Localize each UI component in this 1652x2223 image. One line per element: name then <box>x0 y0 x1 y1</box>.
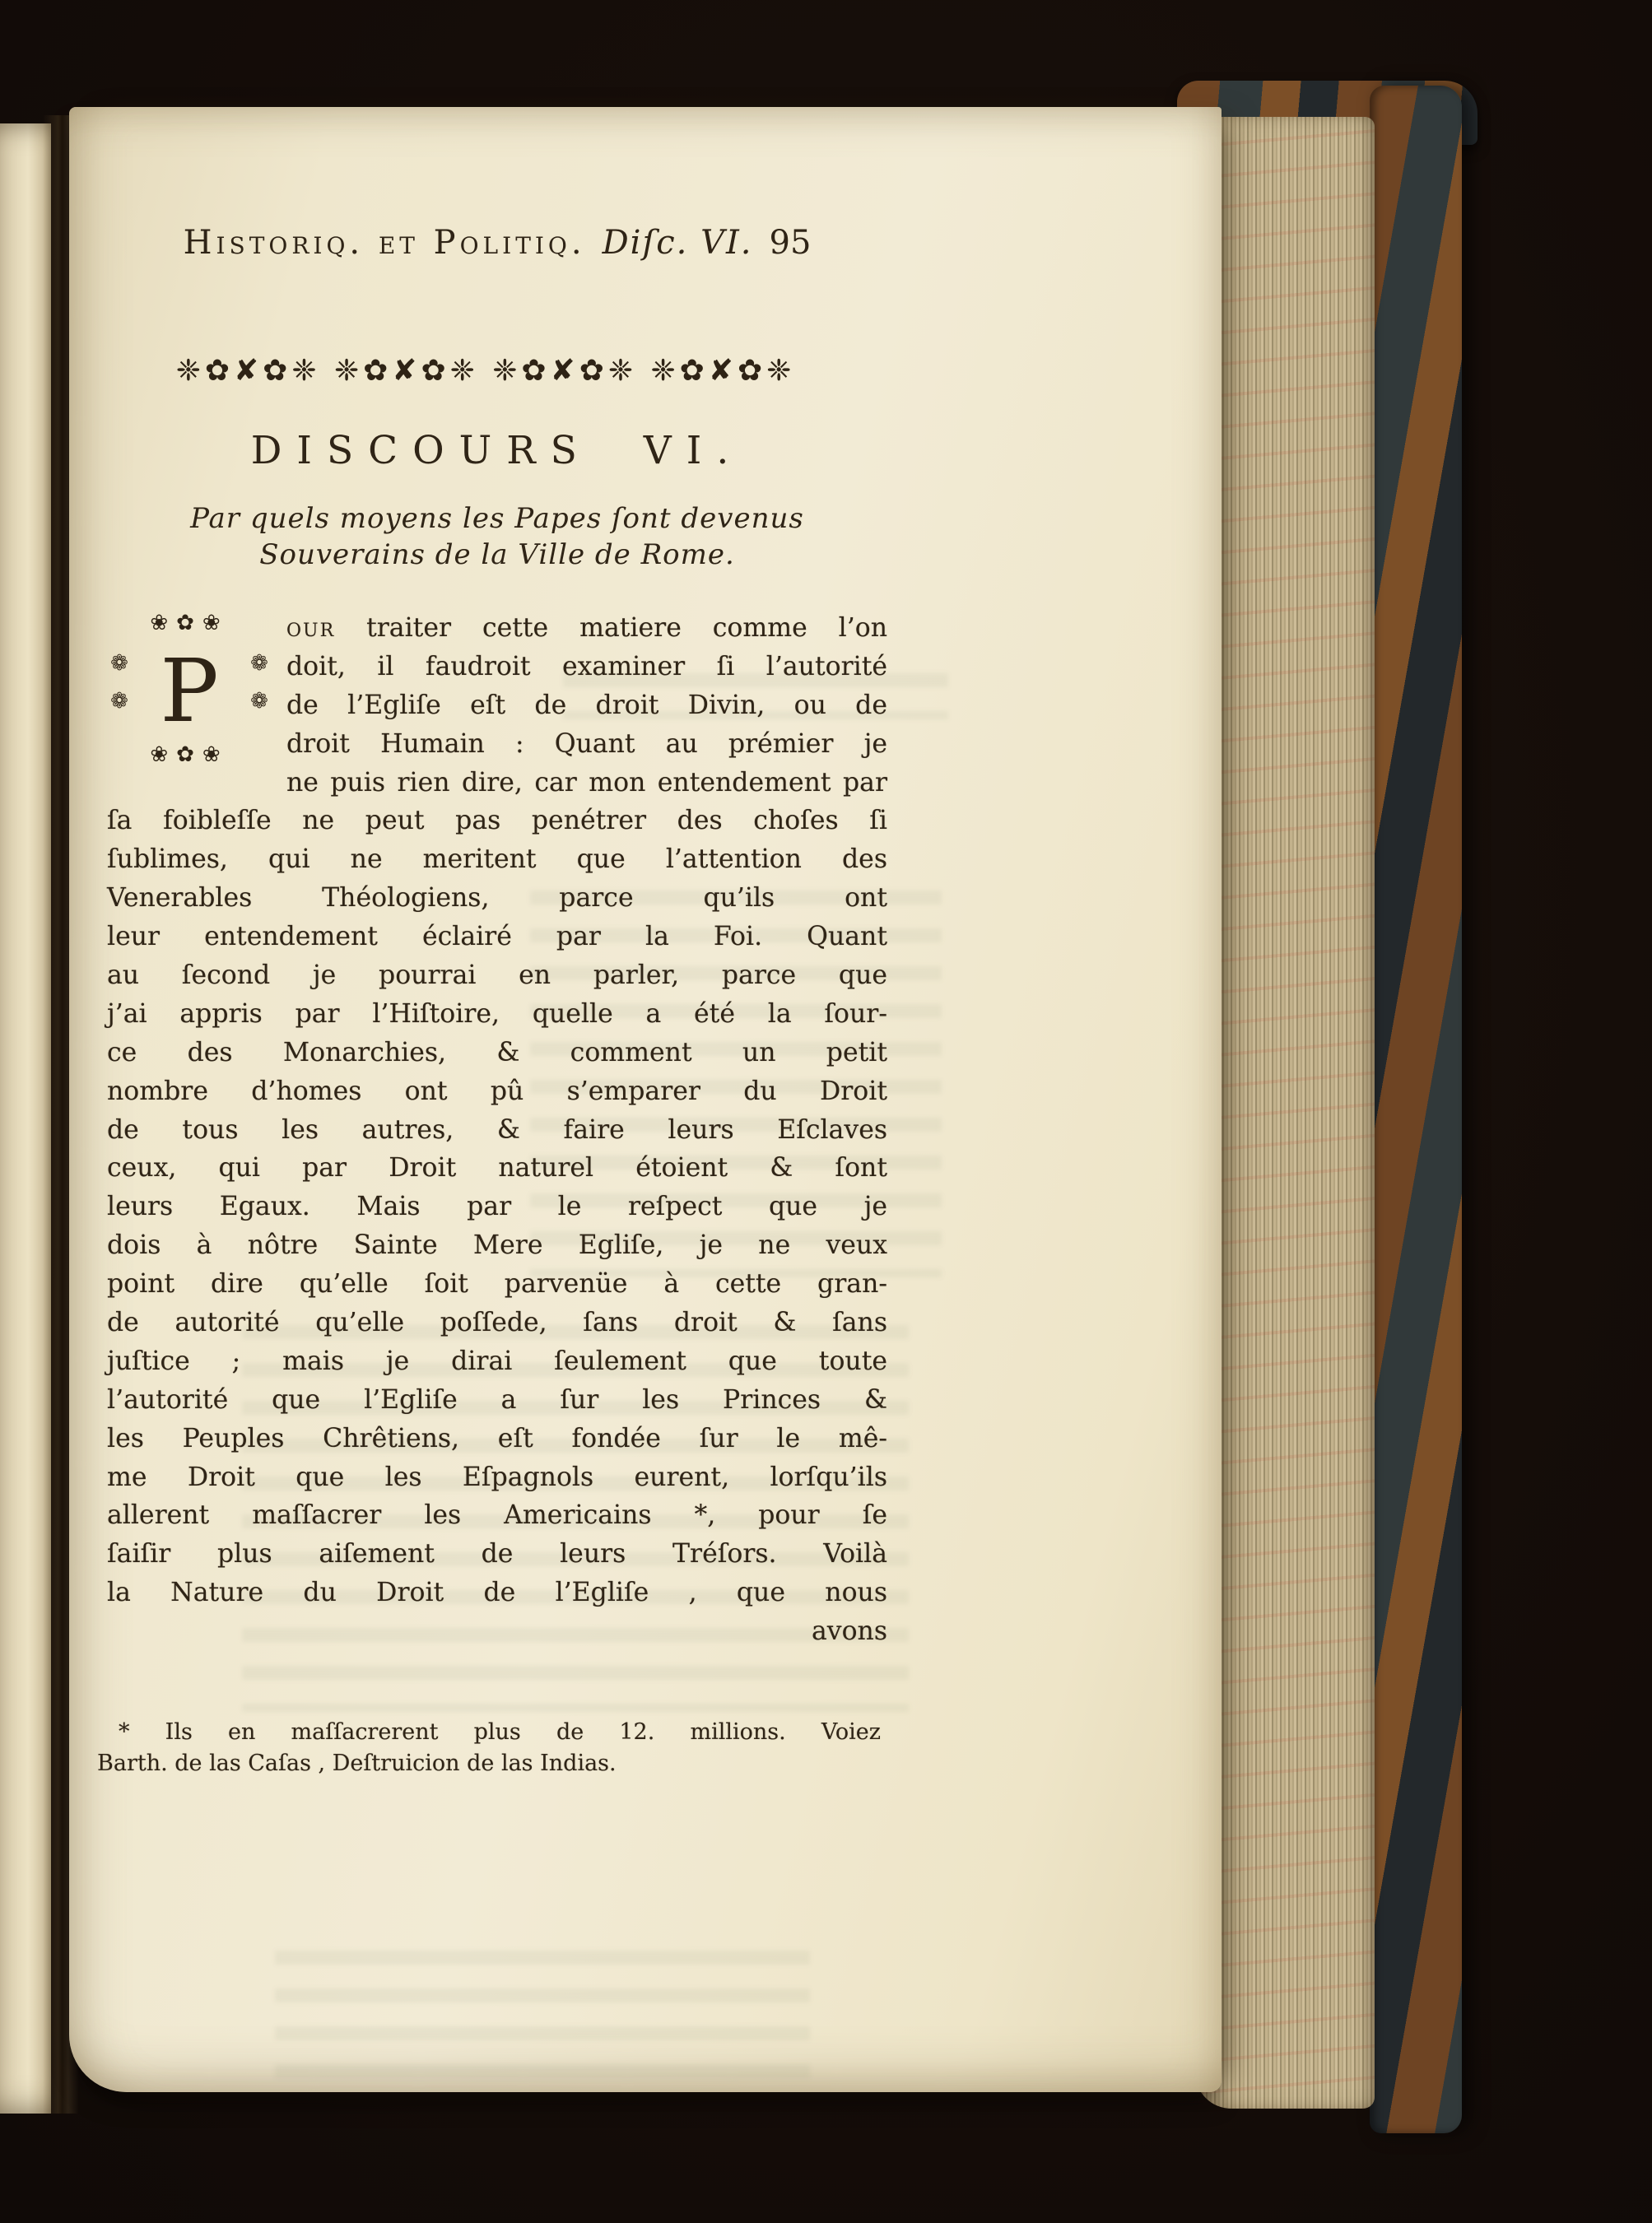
body-line-text: traiter cette matiere comme l’on <box>366 613 887 643</box>
body-line: me Droit que les Eſpagnols eurent, lorſq… <box>107 1458 887 1497</box>
body-line: les Peuples Chrêtiens, eſt fondée ſur le… <box>107 1420 887 1458</box>
page-fore-edge <box>1195 117 1375 2109</box>
body-line: leur entendement éclairé par la Foi. Qua… <box>107 918 887 956</box>
book-photo: Historiq. et Politiq. Diſc. VI. 95 ❈✿✘✿❈… <box>0 0 1652 2223</box>
body-line: la Nature du Droit de l’Egliſe , que nou… <box>107 1574 887 1612</box>
body-line: ceux, qui par Droit naturel étoient & ſo… <box>107 1149 887 1188</box>
page-number: 95 <box>770 224 812 262</box>
drop-cap-frame-ornament: ❁❁ <box>249 651 270 727</box>
body-line: ſa foibleſſe ne peut pas penétrer des ch… <box>107 802 887 840</box>
body-line: de tous les autres, & faire leurs Eſclav… <box>107 1111 887 1150</box>
body-line: point dire qu’elle ſoit parvenüe à cette… <box>107 1265 887 1304</box>
book-cover-edge <box>1370 86 1462 2133</box>
body-line: juſtice ; mais je dirai ſeulement que to… <box>107 1342 887 1381</box>
section-label: Diſc. VI. <box>603 224 753 262</box>
footnote: * Ils en maſſacrerent plus de 12. millio… <box>97 1717 881 1779</box>
footnote-line: Barth. de las Caſas , Deſtruicion de las… <box>97 1748 881 1779</box>
body-line: ne puis rien dire, car mon entendement p… <box>107 764 887 802</box>
body-line: dois à nôtre Sainte Mere Egliſe, je ne v… <box>107 1226 887 1265</box>
body-line: allerent maſſacrer les Americains *, pou… <box>107 1496 887 1535</box>
catchword: avons <box>107 1612 887 1651</box>
body-line: leurs Egaux. Mais par le reſpect que je <box>107 1188 887 1226</box>
footnote-line: * Ils en maſſacrerent plus de 12. millio… <box>97 1717 881 1748</box>
chapter-subtitle-line: Par quels moyens les Papes ſont devenus <box>107 500 887 537</box>
drop-cap: ❀✿❀ ❁❁ P ❁❁ ❀✿❀ <box>107 612 272 765</box>
verso-bleed-through <box>275 1951 810 2090</box>
body-line: au ſecond je pourrai en parler, parce qu… <box>107 956 887 995</box>
body-line: Venerables Théologiens, parce qu’ils ont <box>107 879 887 918</box>
body-line: ſaiſir plus aiſement de leurs Tréſors. V… <box>107 1535 887 1574</box>
chapter-subtitle: Par quels moyens les Papes ſont devenus … <box>107 500 887 573</box>
body-line: de autorité qu’elle poſſede, ſans droit … <box>107 1304 887 1342</box>
chapter-subtitle-line: Souverains de la Ville de Rome. <box>107 537 887 573</box>
body-line: l’autorité que l’Egliſe a ſur les Prince… <box>107 1381 887 1420</box>
chapter-title: DISCOURS VI. <box>107 428 887 473</box>
body-text: ❀✿❀ ❁❁ P ❁❁ ❀✿❀ our traiter cette matier… <box>107 609 887 1651</box>
body-line: j’ai appris par l’Hiſtoire, quelle a été… <box>107 995 887 1034</box>
body-line: nombre d’homes ont pû s’emparer du Droit <box>107 1072 887 1111</box>
body-line: ce des Monarchies, & comment un petit <box>107 1034 887 1072</box>
running-header: Historiq. et Politiq. Diſc. VI. 95 <box>107 224 887 262</box>
drop-cap-frame-ornament: ❀✿❀ <box>107 744 272 765</box>
headpiece-ornament: ❈✿✘✿❈ ❈✿✘✿❈ ❈✿✘✿❈ ❈✿✘✿❈ <box>111 333 860 408</box>
body-line: ſublimes, qui ne meritent que l’attentio… <box>107 840 887 879</box>
lead-word: our <box>286 613 335 643</box>
running-title: Historiq. et Politiq. <box>184 224 586 262</box>
